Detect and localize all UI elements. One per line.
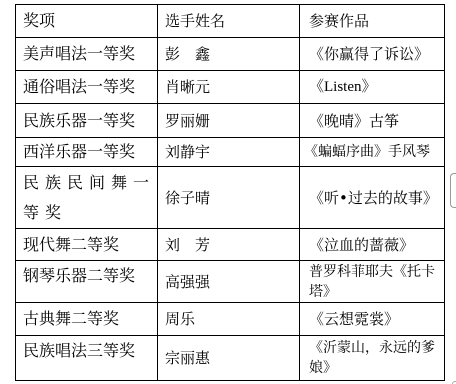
award-cell: 通俗唱法一等奖 [16,71,158,104]
award-cell: 美声唱法一等奖 [16,38,158,71]
work-cell: 《晚晴》古筝 [300,104,445,138]
award-cell: 西洋乐器一等奖 [16,138,158,167]
name-cell: 宗丽惠 [158,336,300,381]
work-cell: 《Listen》 [300,71,445,104]
side-scroll-handle[interactable] [450,173,456,208]
name-cell: 罗丽姗 [158,104,300,138]
work-cell: 《沂蒙山，永远的爹娘》 [300,336,445,381]
table-row: 西洋乐器一等奖 刘静宇 《蝙蝠序曲》手风琴 [16,138,445,167]
table-row: 美声唱法一等奖 彭 鑫 《你赢得了诉讼》 [16,38,445,71]
table-row: 现代舞二等奖 刘 芳 《泣血的蔷薇》 [16,229,445,261]
work-cell: 《听•过去的故事》 [300,167,445,229]
award-cell: 古典舞二等奖 [16,303,158,336]
table-row: 通俗唱法一等奖 肖晰元 《Listen》 [16,71,445,104]
work-cell: 《蝙蝠序曲》手风琴 [300,138,445,167]
name-cell: 彭 鑫 [158,38,300,71]
table-row: 民族乐器一等奖 罗丽姗 《晚晴》古筝 [16,104,445,138]
award-cell: 钢琴乐器二等奖 [16,261,158,303]
table-row: 民族民间舞一等奖 徐子晴 《听•过去的故事》 [16,167,445,229]
name-cell: 高强强 [158,261,300,303]
header-award: 奖项 [16,5,158,38]
header-row: 奖项 选手姓名 参赛作品 [16,5,445,38]
award-cell: 现代舞二等奖 [16,229,158,261]
table-row: 钢琴乐器二等奖 高强强 普罗科菲耶夫《托卡塔》 [16,261,445,303]
name-cell: 肖晰元 [158,71,300,104]
award-cell: 民族民间舞一等奖 [16,167,158,229]
work-cell: 《你赢得了诉讼》 [300,38,445,71]
name-cell: 徐子晴 [158,167,300,229]
awards-table: 奖项 选手姓名 参赛作品 美声唱法一等奖 彭 鑫 《你赢得了诉讼》 通俗唱法一等… [15,4,445,381]
award-cell: 民族乐器一等奖 [16,104,158,138]
table-row: 古典舞二等奖 周乐 《云想霓裳》 [16,303,445,336]
work-cell: 《泣血的蔷薇》 [300,229,445,261]
header-name: 选手姓名 [158,5,300,38]
header-work: 参赛作品 [300,5,445,38]
name-cell: 周乐 [158,303,300,336]
work-cell: 《云想霓裳》 [300,303,445,336]
name-cell: 刘 芳 [158,229,300,261]
work-cell: 普罗科菲耶夫《托卡塔》 [300,261,445,303]
table-row: 民族唱法三等奖 宗丽惠 《沂蒙山，永远的爹娘》 [16,336,445,381]
award-cell: 民族唱法三等奖 [16,336,158,381]
name-cell: 刘静宇 [158,138,300,167]
